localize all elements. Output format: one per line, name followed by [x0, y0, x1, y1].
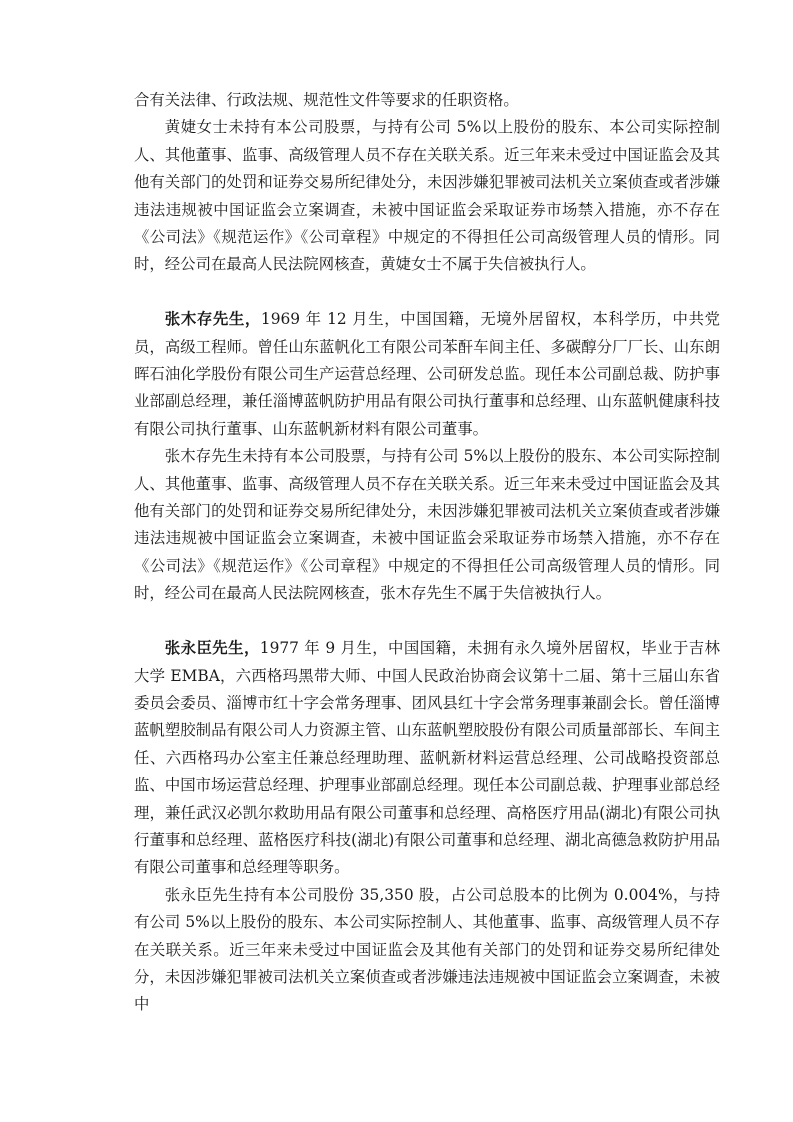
- paragraph-spacer: [134, 279, 720, 306]
- paragraph-zhang-mucun-bio: 张木存先生，1969 年 12 月生，中国国籍，无境外居留权，本科学历，中共党员…: [134, 306, 720, 443]
- paragraph-zhang-mucun-disclosure: 张木存先生未持有本公司股票，与持有公司 5%以上股份的股东、本公司实际控制人、其…: [134, 443, 720, 607]
- bio-text-zhang-yongchen: 1977 年 9 月生，中国国籍，未拥有永久境外居留权，毕业于吉林大学 EMBA…: [134, 639, 720, 876]
- paragraph-huang-jie-disclosure: 黄婕女士未持有本公司股票，与持有公司 5%以上股份的股东、本公司实际控制人、其他…: [134, 114, 720, 278]
- paragraph-zhang-yongchen-bio: 张永臣先生，1977 年 9 月生，中国国籍，未拥有永久境外居留权，毕业于吉林大…: [134, 635, 720, 882]
- person-name-zhang-mucun: 张木存先生，: [165, 310, 261, 328]
- paragraph-zhang-yongchen-disclosure: 张永臣先生持有本公司股份 35,350 股，占公司总股本的比例为 0.004%，…: [134, 882, 720, 1019]
- document-page: 合有关法律、行政法规、规范性文件等要求的任职资格。 黄婕女士未持有本公司股票，与…: [134, 87, 720, 1019]
- paragraph-spacer: [134, 608, 720, 635]
- paragraph-qualification-tail: 合有关法律、行政法规、规范性文件等要求的任职资格。: [134, 87, 720, 114]
- person-name-zhang-yongchen: 张永臣先生，: [165, 639, 260, 657]
- bio-text-zhang-mucun: 1969 年 12 月生，中国国籍，无境外居留权，本科学历，中共党员，高级工程师…: [134, 310, 720, 438]
